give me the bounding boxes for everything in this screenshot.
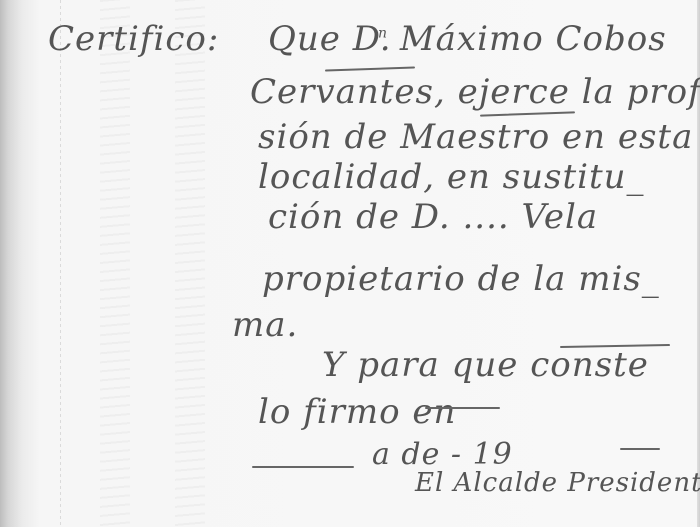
text-line-8: Y para que conste — [322, 348, 649, 382]
paper-texture — [175, 0, 205, 527]
paper-texture — [100, 0, 130, 527]
overline-stroke — [325, 66, 415, 71]
name-text: Máximo Cobos — [400, 19, 667, 59]
blank-line — [620, 448, 660, 450]
text-line-4: localidad, en sustitu_ — [258, 160, 645, 194]
text-line-2: Cervantes, ejerce la profe_ — [250, 75, 700, 109]
text-line-3: sión de Maestro en esta — [258, 120, 693, 154]
blank-line — [252, 466, 354, 468]
text-line-10: a de - 19 — [372, 440, 513, 470]
text-line-1b: n Máximo Cobos — [378, 22, 667, 56]
overline-stroke — [480, 111, 575, 116]
text-line-7: ma. — [232, 308, 298, 342]
certifico-label: Certifico: — [48, 22, 219, 56]
superscript: n — [378, 26, 388, 42]
signature-title: El Alcalde Presidente — [415, 470, 700, 496]
document-page: Certifico: Que D. n Máximo Cobos Cervant… — [0, 0, 700, 527]
text-line-5: ción de D. .... Vela — [268, 200, 598, 234]
blank-line — [425, 407, 500, 409]
text-line-9: lo firmo en — [258, 395, 456, 429]
text-line-6: propietario de la mis_ — [262, 262, 660, 296]
text-line-1a: Que D. — [268, 22, 392, 56]
margin-line — [60, 0, 61, 527]
